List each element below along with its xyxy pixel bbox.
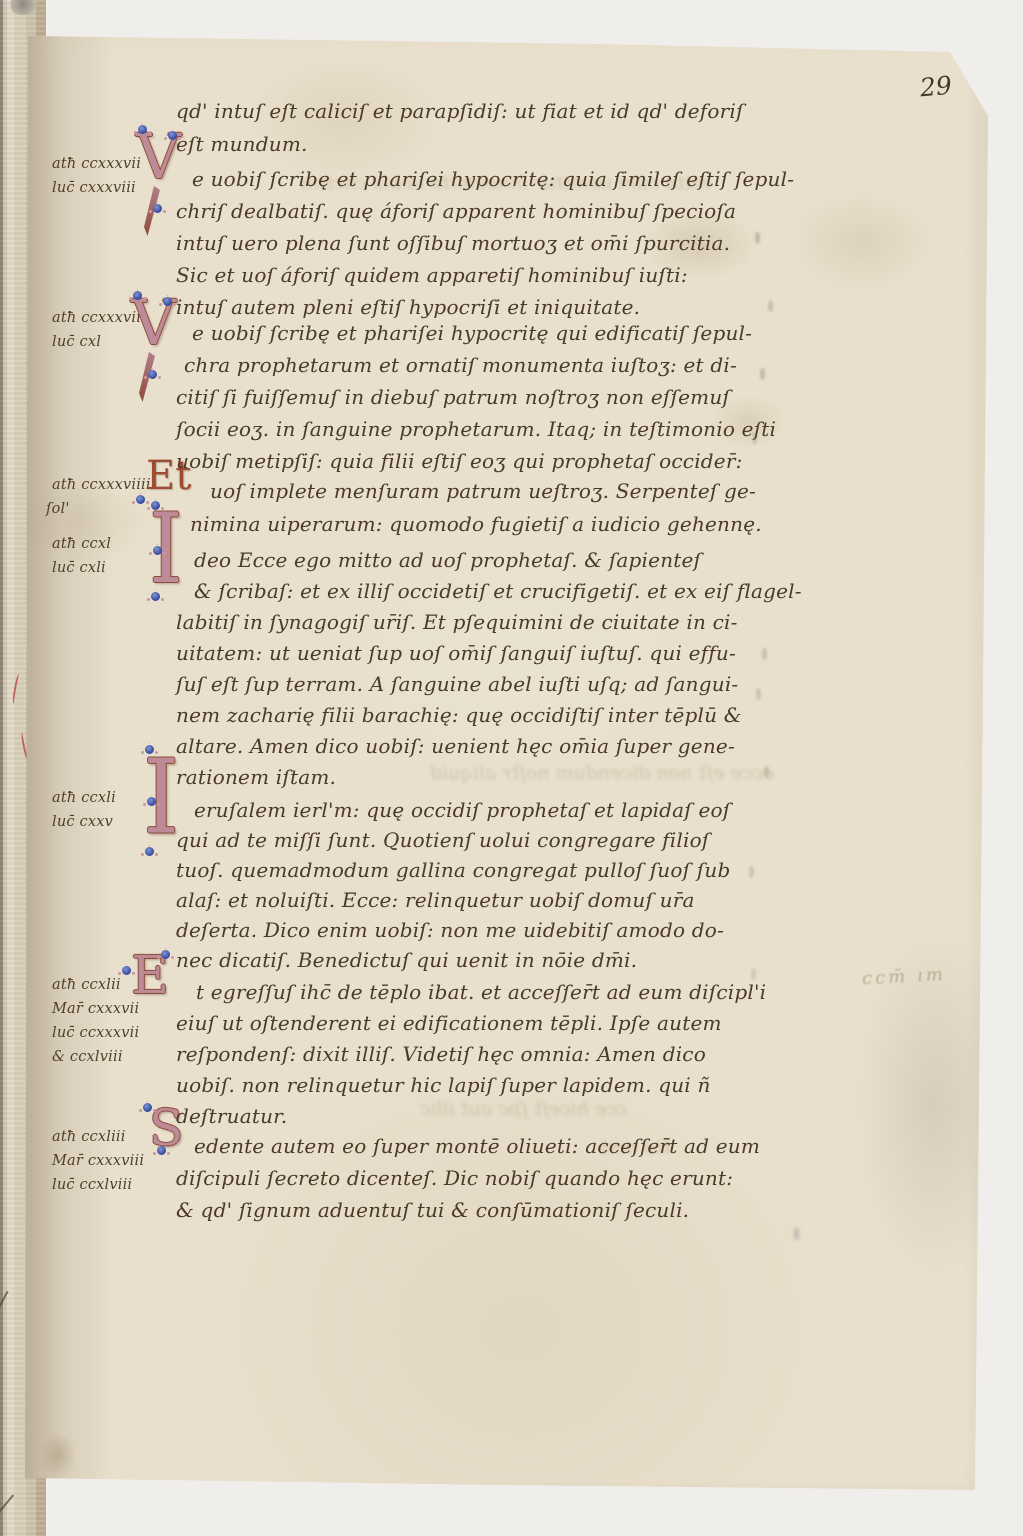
floret-ornament [138, 125, 147, 134]
manuscript-photo: 29 mtta cum uemttur innaemtte uobis chct… [0, 0, 1023, 1536]
illuminated-initial-V: V [131, 296, 176, 351]
manuscript-line: qd' intuſ eſt caliciſ et parapſidiſ: ut … [176, 95, 744, 128]
margin-note-line: atħ ccxxxvii [52, 152, 141, 176]
margin-note-line: atħ ccxl [52, 532, 111, 556]
floret-ornament [161, 950, 170, 959]
manuscript-line: deo Ecce ego mitto ad uoſ prophetaſ. & ſ… [176, 545, 802, 576]
illuminated-initial-E: E [131, 954, 169, 1000]
margin-note-line: Mar̄ cxxxvii [52, 997, 139, 1021]
margin-note-line: luc̄ ccxxxvii [52, 1021, 139, 1045]
manuscript-line: chra prophetarum et ornatiſ monumenta iu… [176, 349, 776, 381]
margin-note: atħ ccxxxvii luc̄ cxxxviii [52, 152, 141, 200]
manuscript-line: deſtruatur. [176, 1101, 766, 1132]
manuscript-line: uobiſ metipſiſ: quia filii eſtiſ eoʒ qui… [176, 445, 776, 477]
floret-ornament [136, 495, 145, 504]
manuscript-line: e uobiſ ſcribę et phariſei hypocritę: qu… [176, 163, 794, 195]
manuscript-line: nimina uiperarum: quomodo fugietiſ a iud… [176, 508, 762, 541]
text-section: e uobiſ ſcribę et phariſei hypocritę: qu… [176, 163, 794, 323]
floret-ornament [145, 745, 154, 754]
margin-note-line: Mar̄ cxxxviii [52, 1149, 144, 1173]
margin-note: atħ ccxl luc̄ cxli [52, 532, 111, 580]
manuscript-line: nec dicatiſ. Benedictuſ qui uenit in nōi… [176, 945, 730, 975]
text-section: deo Ecce ego mitto ad uoſ prophetaſ. & ſ… [176, 545, 802, 793]
floret-ornament [151, 501, 160, 510]
manuscript-line: eſt mundum. [176, 128, 744, 161]
manuscript-line: citiſ ſi fuiſſemuſ in diebuſ patrum noſt… [176, 381, 776, 413]
manuscript-line: tuoſ. quemadmodum gallina congregat pull… [176, 855, 730, 885]
margin-note: atħ ccxli luc̄ cxxv [52, 786, 116, 834]
margin-note-line: atħ ccxxxviiii [52, 473, 151, 497]
manuscript-line: & qd' ſignum aduentuſ tui & conſūmationi… [176, 1194, 760, 1226]
manuscript-line: t egreſſuſ ihc̄ de tēplo ibat. et acceſſ… [176, 977, 766, 1008]
floret-ornament [148, 370, 157, 379]
text-section: qd' intuſ eſt caliciſ et parapſidiſ: ut … [176, 95, 744, 161]
margin-note-line: luc̄ cxxv [52, 810, 116, 834]
margin-note-line: luc̄ cxli [52, 556, 111, 580]
manuscript-line: reſpondenſ: dixit illiſ. Videtiſ hęc omn… [176, 1039, 766, 1070]
folio-number: 29 [919, 71, 953, 103]
manuscript-line: qui ad te miſſi ſunt. Quotienſ uolui con… [176, 825, 730, 855]
text-section: t egreſſuſ ihc̄ de tēplo ibat. et acceſſ… [176, 977, 766, 1132]
illuminated-initial-V: V [136, 130, 181, 185]
manuscript-line: altare. Amen dico uobiſ: uenient hęc om̄… [176, 731, 802, 762]
margin-note-line: ſol' [46, 497, 151, 521]
margin-note-line: & ccxlviii [52, 1045, 139, 1069]
manuscript-line: alaſ: et noluiſti. Ecce: relinquetur uob… [176, 885, 730, 915]
manuscript-line: edente autem eo ſuper montē oliueti: acc… [176, 1130, 760, 1162]
margin-note-line: atħ ccxlii [52, 973, 139, 997]
manuscript-line: chriſ dealbatiſ. quę áforiſ apparent hom… [176, 195, 794, 227]
manuscript-line: eruſalem ierl'm: quę occidiſ prophetaſ e… [176, 795, 730, 825]
ink-offset-marks [0, 0, 5, 12]
margin-note-line: luc̄ ccxlviii [52, 1173, 144, 1197]
floret-ornament [122, 966, 131, 975]
floret-ornament [163, 297, 172, 306]
manuscript-line: uoſ implete menſuram patrum ueſtroʒ. Ser… [176, 475, 762, 508]
manuscript-line: e uobiſ ſcribę et phariſei hypocritę qui… [176, 317, 776, 349]
floret-ornament [133, 291, 142, 300]
text-section: e uobiſ ſcribę et phariſei hypocritę qui… [176, 317, 776, 477]
illuminated-initial-I: I [143, 753, 179, 834]
manuscript-line: ſuſ eſt ſup terram. A ſanguine abel iuſt… [176, 669, 802, 700]
margin-note-line: atħ ccxli [52, 786, 116, 810]
floret-ornament [145, 847, 154, 856]
initial-letter: E [131, 954, 169, 1000]
floret-ornament [151, 592, 160, 601]
floret-ornament [153, 546, 162, 555]
margin-note-line: atħ ccxliii [52, 1125, 144, 1149]
faded-margin-scribble: ccm̄ ım [862, 964, 947, 989]
floret-ornament [153, 204, 162, 213]
floret-ornament [147, 797, 156, 806]
text-section: edente autem eo ſuper montē oliueti: acc… [176, 1130, 760, 1226]
margin-note-line: luc̄ cxxxviii [52, 176, 141, 200]
manuscript-line: uobiſ. non relinquetur hic lapiſ ſuper l… [176, 1070, 766, 1101]
manuscript-line: rationem iſtam. [176, 762, 802, 793]
manuscript-line: ſocii eoʒ. in ſanguine prophetarum. Itaq… [176, 413, 776, 445]
manuscript-line: Sic et uoſ áforiſ quidem apparetiſ homin… [176, 259, 794, 291]
text-section: eruſalem ierl'm: quę occidiſ prophetaſ e… [176, 795, 730, 975]
text-section: uoſ implete menſuram patrum ueſtroʒ. Ser… [176, 475, 762, 541]
manuscript-line: deſerta. Dico enim uobiſ: non me uidebit… [176, 915, 730, 945]
margin-note: atħ ccxliii Mar̄ cxxxviii luc̄ ccxlviii [52, 1125, 144, 1197]
manuscript-line: labitiſ in ſynagogiſ ur̄iſ. Et pſequimin… [176, 607, 802, 638]
manuscript-line: diſcipuli ſecreto dicenteſ. Dic nobiſ qu… [176, 1162, 760, 1194]
manuscript-line: intuſ uero plena ſunt oſſibuſ mortuoʒ et… [176, 227, 794, 259]
manuscript-line: uitatem: ut ueniat ſup uoſ om̄iſ ſanguiſ… [176, 638, 802, 669]
manuscript-line: & ſcribaſ: et ex illiſ occidetiſ et cruc… [176, 576, 802, 607]
manuscript-line: nem zacharię filii barachię: quę occidiſ… [176, 700, 802, 731]
floret-ornament [157, 1146, 166, 1155]
floret-ornament [143, 1103, 152, 1112]
margin-note: atħ ccxlii Mar̄ cxxxvii luc̄ ccxxxvii & … [52, 973, 139, 1069]
manuscript-line: eiuſ ut oſtenderent ei edificationem tēp… [176, 1008, 766, 1039]
